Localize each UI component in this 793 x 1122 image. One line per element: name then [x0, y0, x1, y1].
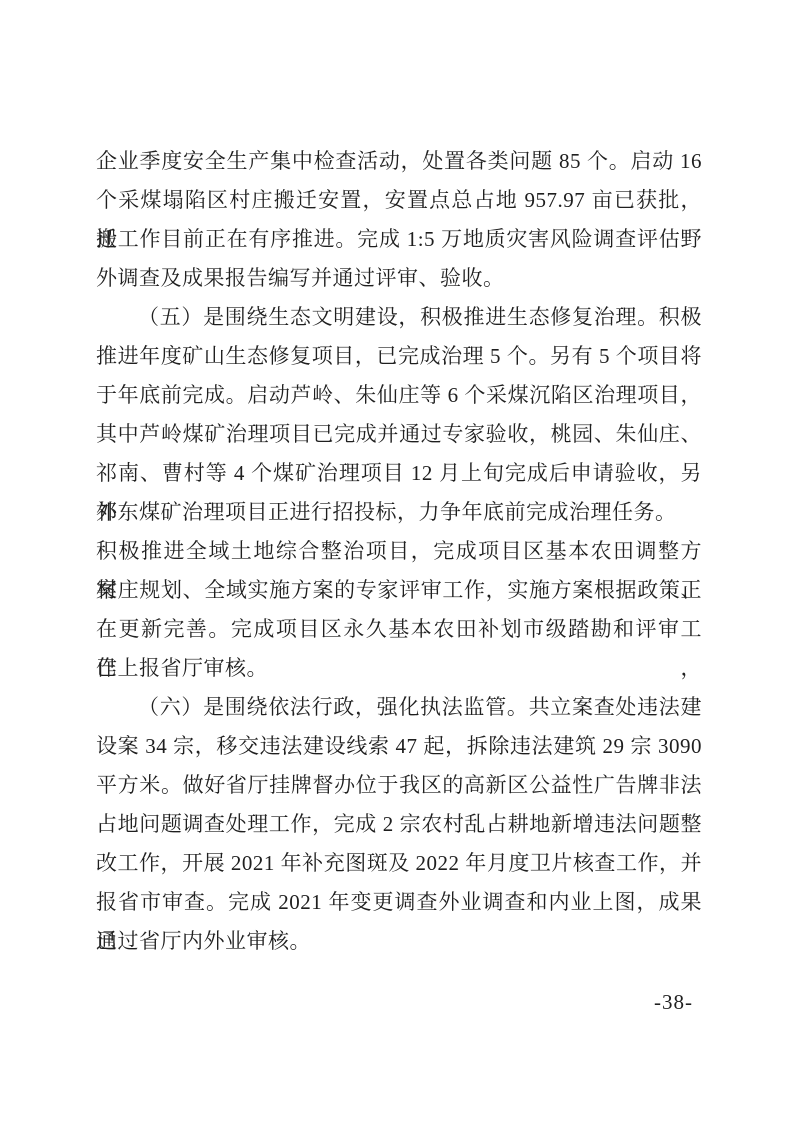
- text-line: 祁南、曹村等 4 个煤矿治理项目 12 月上旬完成后申请验收，另外: [96, 454, 702, 493]
- text-line: 祁东煤矿治理项目正进行招投标，力争年底前完成治理任务。: [96, 493, 702, 532]
- paragraph-item-6: （六）是围绕依法行政，强化执法监管。共立案查处违法建 设案 34 宗，移交违法建…: [96, 688, 702, 961]
- text-line: （五）是围绕生态文明建设，积极推进生态修复治理。积极: [96, 298, 702, 337]
- text-line: 平方米。做好省厅挂牌督办位于我区的高新区公益性广告牌非法: [96, 766, 702, 805]
- text-line: 村庄规划、全域实施方案的专家评审工作，实施方案根据政策正: [96, 571, 702, 610]
- text-line: 通过省厅内外业审核。: [96, 922, 702, 961]
- page-number: -38-: [654, 990, 693, 1014]
- text-line: 个采煤塌陷区村庄搬迁安置，安置点总占地 957.97 亩已获批，搬: [96, 181, 702, 220]
- paragraph-item-5: （五）是围绕生态文明建设，积极推进生态修复治理。积极 推进年度矿山生态修复项目，…: [96, 298, 702, 688]
- text-line: 于年底前完成。启动芦岭、朱仙庄等 6 个采煤沉陷区治理项目，: [96, 376, 702, 415]
- document-body: 企业季度安全生产集中检查活动，处置各类问题 85 个。启动 16 个采煤塌陷区村…: [96, 142, 702, 961]
- paragraph-continuation: 企业季度安全生产集中检查活动，处置各类问题 85 个。启动 16 个采煤塌陷区村…: [96, 142, 702, 298]
- text-line: 占地问题调查处理工作，完成 2 宗农村乱占耕地新增违法问题整: [96, 805, 702, 844]
- text-line: 外调查及成果报告编写并通过评审、验收。: [96, 259, 702, 298]
- text-line: 报省市审查。完成 2021 年变更调查外业调查和内业上图，成果已: [96, 883, 702, 922]
- document-page: 企业季度安全生产集中检查活动，处置各类问题 85 个。启动 16 个采煤塌陷区村…: [0, 0, 793, 1122]
- text-line: 在更新完善。完成项目区永久基本农田补划市级踏勘和评审工作，: [96, 610, 702, 649]
- text-line: 迁工作目前正在有序推进。完成 1:5 万地质灾害风险调查评估野: [96, 220, 702, 259]
- text-line: 其中芦岭煤矿治理项目已完成并通过专家验收，桃园、朱仙庄、: [96, 415, 702, 454]
- text-line: 积极推进全域土地综合整治项目，完成项目区基本农田调整方案、: [96, 532, 702, 571]
- text-line: 推进年度矿山生态修复项目，已完成治理 5 个。另有 5 个项目将: [96, 337, 702, 376]
- text-line: 企业季度安全生产集中检查活动，处置各类问题 85 个。启动 16: [96, 142, 702, 181]
- text-line: （六）是围绕依法行政，强化执法监管。共立案查处违法建: [96, 688, 702, 727]
- text-line: 改工作，开展 2021 年补充图斑及 2022 年月度卫片核查工作，并: [96, 844, 702, 883]
- text-line: 设案 34 宗，移交违法建设线索 47 起，拆除违法建筑 29 宗 3090: [96, 727, 702, 766]
